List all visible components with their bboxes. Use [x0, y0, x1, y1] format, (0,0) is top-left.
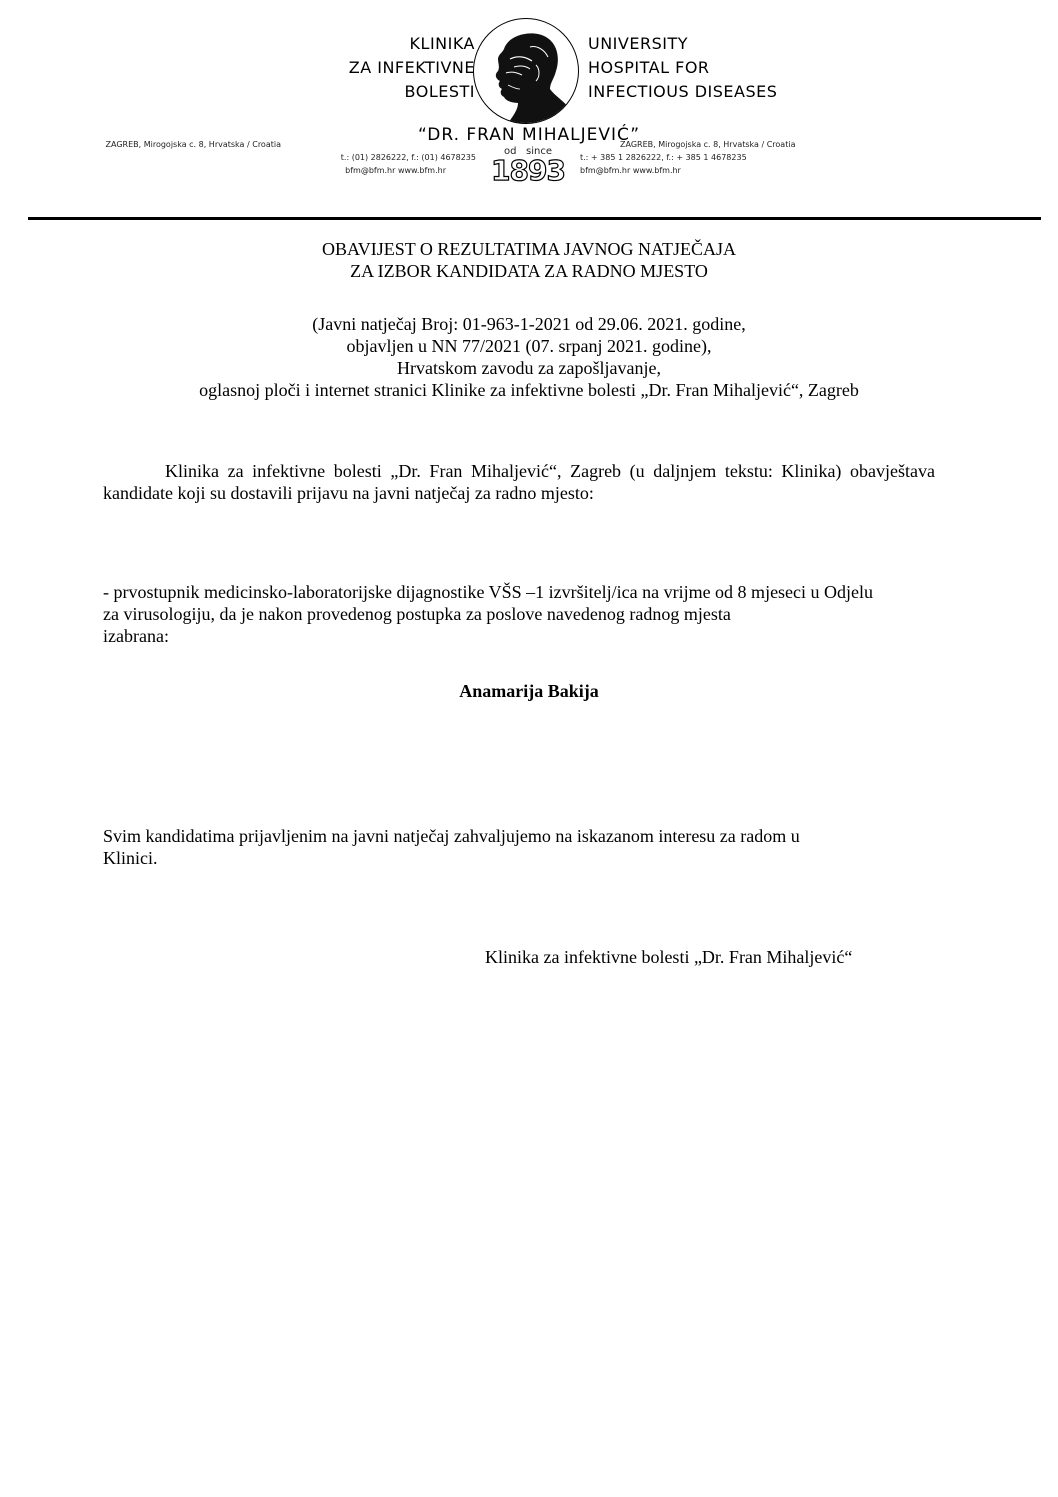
letterhead-english-name: UNIVERSITY HOSPITAL FOR INFECTIOUS DISEA…	[588, 32, 777, 104]
letterhead-right-line: UNIVERSITY	[588, 32, 777, 56]
document-title: OBAVIJEST O REZULTATIMA JAVNOG NATJEČAJA…	[0, 238, 1058, 282]
letterhead-croatian-name: KLINIKA ZA INFEKTIVNE BOLESTI	[349, 32, 475, 104]
address-line: ZAGREB, Mirogojska c. 8, Hrvatska / Croa…	[106, 138, 281, 151]
position-line: izabrana:	[103, 625, 983, 647]
letterhead-right-line: INFECTIOUS DISEASES	[588, 80, 777, 104]
phone-line: t.: (01) 2826222, f.: (01) 4678235	[341, 151, 476, 164]
thanks-line: Klinici.	[103, 847, 935, 869]
letterhead-left-line: KLINIKA	[349, 32, 475, 56]
signature: Klinika za infektivne bolesti „Dr. Fran …	[485, 946, 852, 968]
selected-candidate: Anamarija Bakija	[0, 680, 1058, 702]
position-line: - prvostupnik medicinsko-laboratorijske …	[103, 581, 983, 603]
reference-line: Hrvatskom zavodu za zapošljavanje,	[0, 357, 1058, 379]
position-paragraph: - prvostupnik medicinsko-laboratorijske …	[103, 581, 983, 647]
web-line: bfm@bfm.hr www.bfm.hr	[580, 164, 681, 177]
letterhead-left-line: ZA INFEKTIVNE	[349, 56, 475, 80]
founding-year: 1893	[488, 157, 568, 185]
reference-line: (Javni natječaj Broj: 01-963-1-2021 od 2…	[0, 313, 1058, 335]
intro-paragraph: Klinika za infektivne bolesti „Dr. Fran …	[103, 460, 935, 504]
letterhead-right-line: HOSPITAL FOR	[588, 56, 777, 80]
position-line: za virusologiju, da je nakon provedenog …	[103, 603, 983, 625]
address-line: ZAGREB, Mirogojska c. 8, Hrvatska / Croa…	[620, 138, 795, 151]
competition-reference: (Javni natječaj Broj: 01-963-1-2021 od 2…	[0, 313, 1058, 401]
header-divider	[28, 217, 1041, 220]
title-line: ZA IZBOR KANDIDATA ZA RADNO MJESTO	[0, 260, 1058, 282]
reference-line: objavljen u NN 77/2021 (07. srpanj 2021.…	[0, 335, 1058, 357]
title-line: OBAVIJEST O REZULTATIMA JAVNOG NATJEČAJA	[0, 238, 1058, 260]
thanks-line: Svim kandidatima prijavljenim na javni n…	[103, 825, 935, 847]
letterhead-left-line: BOLESTI	[349, 80, 475, 104]
reference-line: oglasnoj ploči i internet stranici Klini…	[0, 379, 1058, 401]
intro-text: Klinika za infektivne bolesti „Dr. Fran …	[103, 461, 935, 503]
institution-name-text: “DR. FRAN MIHALJEVIĆ”	[418, 125, 640, 145]
web-line: bfm@bfm.hr www.bfm.hr	[345, 164, 446, 177]
phone-line: t.: + 385 1 2826222, f.: + 385 1 4678235	[580, 151, 747, 164]
thanks-paragraph: Svim kandidatima prijavljenim na javni n…	[103, 825, 935, 869]
portrait-medallion-icon	[473, 18, 579, 124]
